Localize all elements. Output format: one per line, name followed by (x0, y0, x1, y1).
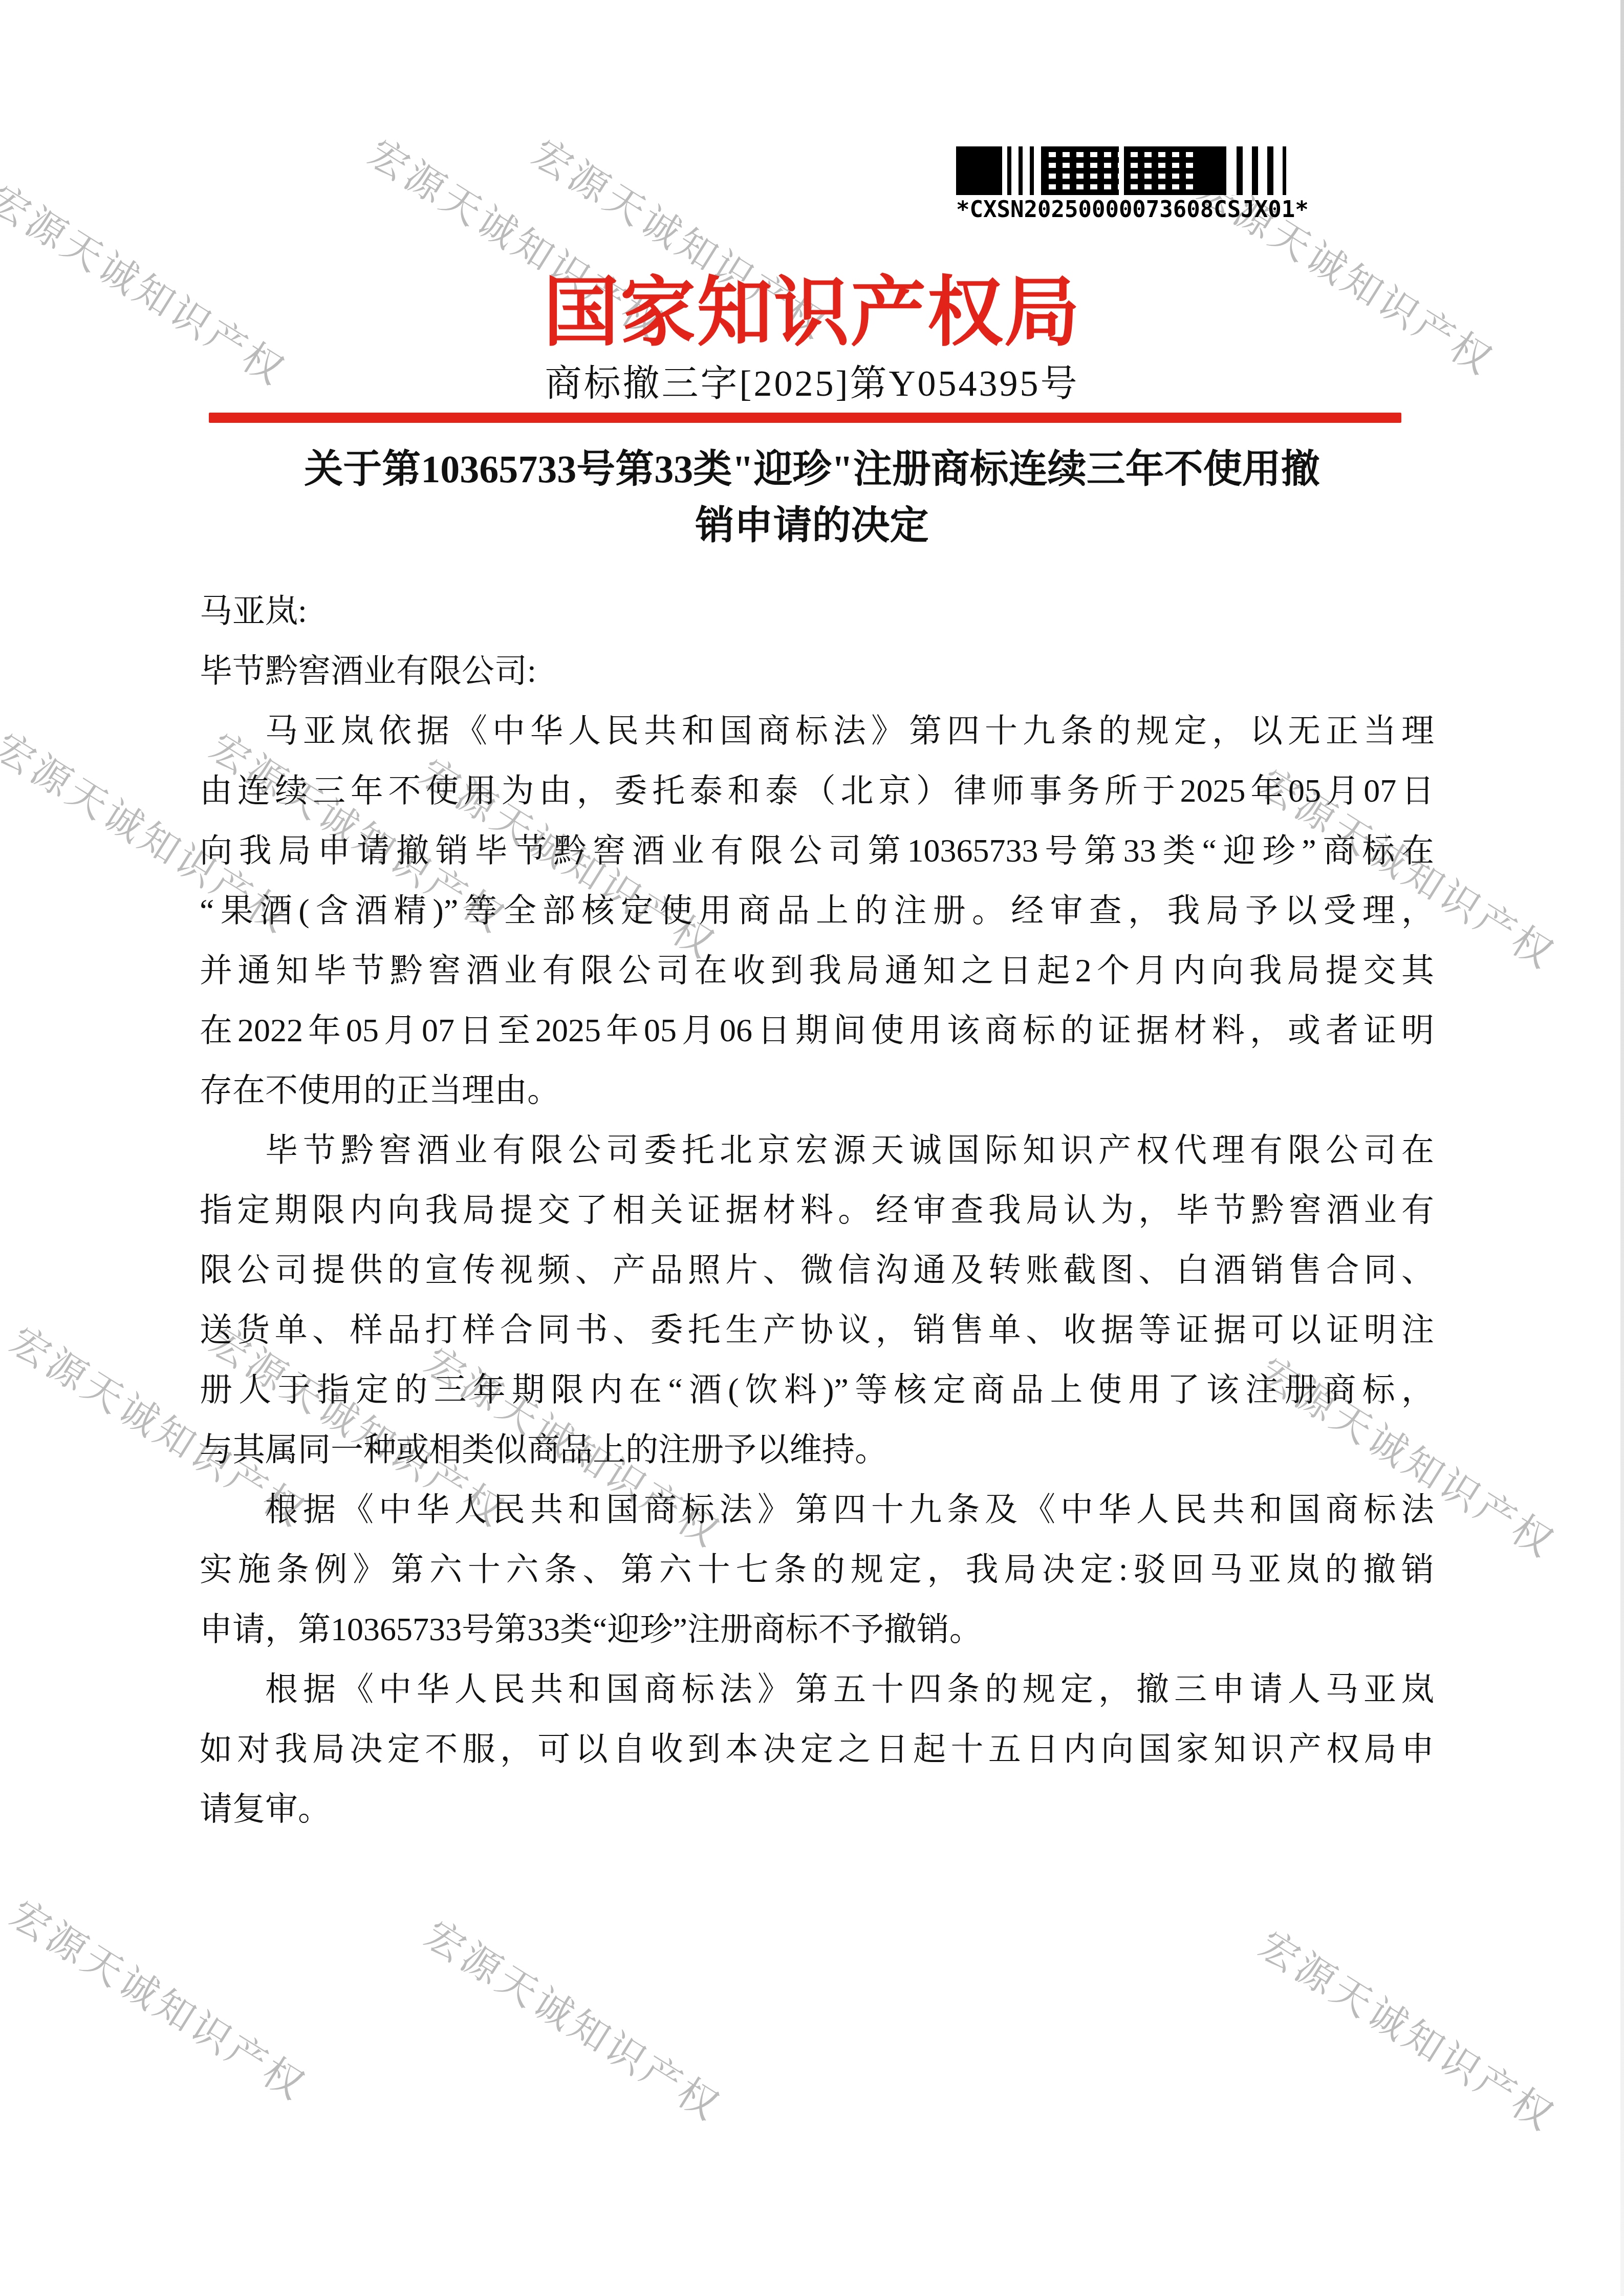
paragraph-1-line: 并通知毕节黔窖酒业有限公司在收到我局通知之日起2个月内向我局提交其 (200, 940, 1434, 1000)
barcode-segment (1119, 146, 1124, 195)
decision-title-line2: 销申请的决定 (174, 498, 1450, 554)
scan-edge-artifact (1620, 0, 1624, 2296)
paragraph-1-line: 向我局申请撤销毕节黔窖酒业有限公司第10365733号第33类“迎珍”商标在 (200, 821, 1434, 881)
paragraph-4-line: 请复审。 (200, 1779, 1434, 1839)
barcode-segment (1124, 146, 1196, 195)
paragraph-4-line: 根据《中华人民共和国商标法》第五十四条的规定，撤三申请人马亚岚 (200, 1659, 1434, 1719)
paragraph-1-line: 在2022年05月07日至2025年05月06日期间使用该商标的证据材料，或者证… (200, 1000, 1434, 1060)
decision-title-line1: 关于第10365733号第33类"迎珍"注册商标连续三年不使用撤 (174, 441, 1450, 498)
paragraph-1-line: 由连续三年不使用为由，委托泰和泰（北京）律师事务所于2025年05月07日 (200, 761, 1434, 821)
barcode-segment (1226, 146, 1237, 195)
scanned-document-page: 宏源天诚知识产权宏源天诚知识产权宏源天诚知识产权宏源天诚知识产权宏源天诚知识产权… (0, 0, 1624, 2296)
paragraph-2-line: 指定期限内向我局提交了相关证据材料。经审查我局认为，毕节黔窖酒业有 (200, 1180, 1434, 1240)
paragraph-4-line: 如对我局决定不服，可以自收到本决定之日起十五日内向国家知识产权局申 (200, 1719, 1434, 1779)
barcode-segment (1196, 146, 1226, 195)
watermark-text: 宏源天诚知识产权 (1, 1884, 319, 2111)
paragraph-2-line: 册人于指定的三年期限内在“酒(饮料)”等核定商品上使用了该注册商标， (200, 1360, 1434, 1420)
paragraph-2-line: 限公司提供的宣传视频、产品照片、微信沟通及转账截图、白酒销售合同、 (200, 1240, 1434, 1300)
paragraph-2-line: 毕节黔窖酒业有限公司委托北京宏源天诚国际知识产权代理有限公司在 (200, 1120, 1434, 1180)
document-barcode (956, 146, 1286, 195)
addressee-line: 马亚岚: (200, 581, 1434, 641)
barcode-segment (956, 146, 1002, 195)
agency-title: 国家知识产权局 (0, 252, 1624, 360)
paragraph-3-line: 实施条例》第六十六条、第六十七条的规定，我局决定:驳回马亚岚的撤销 (200, 1539, 1434, 1599)
paragraph-1-line: 存在不使用的正当理由。 (200, 1060, 1434, 1120)
addressee-line: 毕节黔窖酒业有限公司: (200, 641, 1434, 701)
paragraph-2-line: 与其属同一种或相类似商品上的注册予以维持。 (200, 1420, 1434, 1479)
barcode-segment (1237, 146, 1286, 195)
watermark-text: 宏源天诚知识产权 (416, 1904, 733, 2132)
barcode-segment (1002, 146, 1007, 195)
header-divider-rule (209, 413, 1401, 423)
barcode-segment (1042, 146, 1119, 195)
paragraph-1-line: 马亚岚依据《中华人民共和国商标法》第四十九条的规定，以无正当理 (200, 701, 1434, 761)
paragraph-3-line: 根据《中华人民共和国商标法》第四十九条及《中华人民共和国商标法 (200, 1479, 1434, 1539)
paragraph-2-line: 送货单、样品打样合同书、委托生产协议，销售单、收据等证据可以证明注 (200, 1300, 1434, 1360)
document-number: 商标撤三字[2025]第Y054395号 (0, 353, 1624, 406)
barcode-segment (1007, 146, 1042, 195)
watermark-text: 宏源天诚知识产权 (1250, 1915, 1568, 2142)
decision-body: 马亚岚:毕节黔窖酒业有限公司:马亚岚依据《中华人民共和国商标法》第四十九条的规定… (200, 581, 1434, 1839)
decision-title: 关于第10365733号第33类"迎珍"注册商标连续三年不使用撤 销申请的决定 (174, 441, 1450, 554)
paragraph-3-line: 申请，第10365733号第33类“迎珍”注册商标不予撤销。 (200, 1599, 1434, 1659)
paragraph-1-line: “果酒(含酒精)”等全部核定使用商品上的注册。经审查，我局予以受理， (200, 881, 1434, 940)
barcode-number: *CXSN20250000073608CSJX01* (956, 197, 1286, 223)
